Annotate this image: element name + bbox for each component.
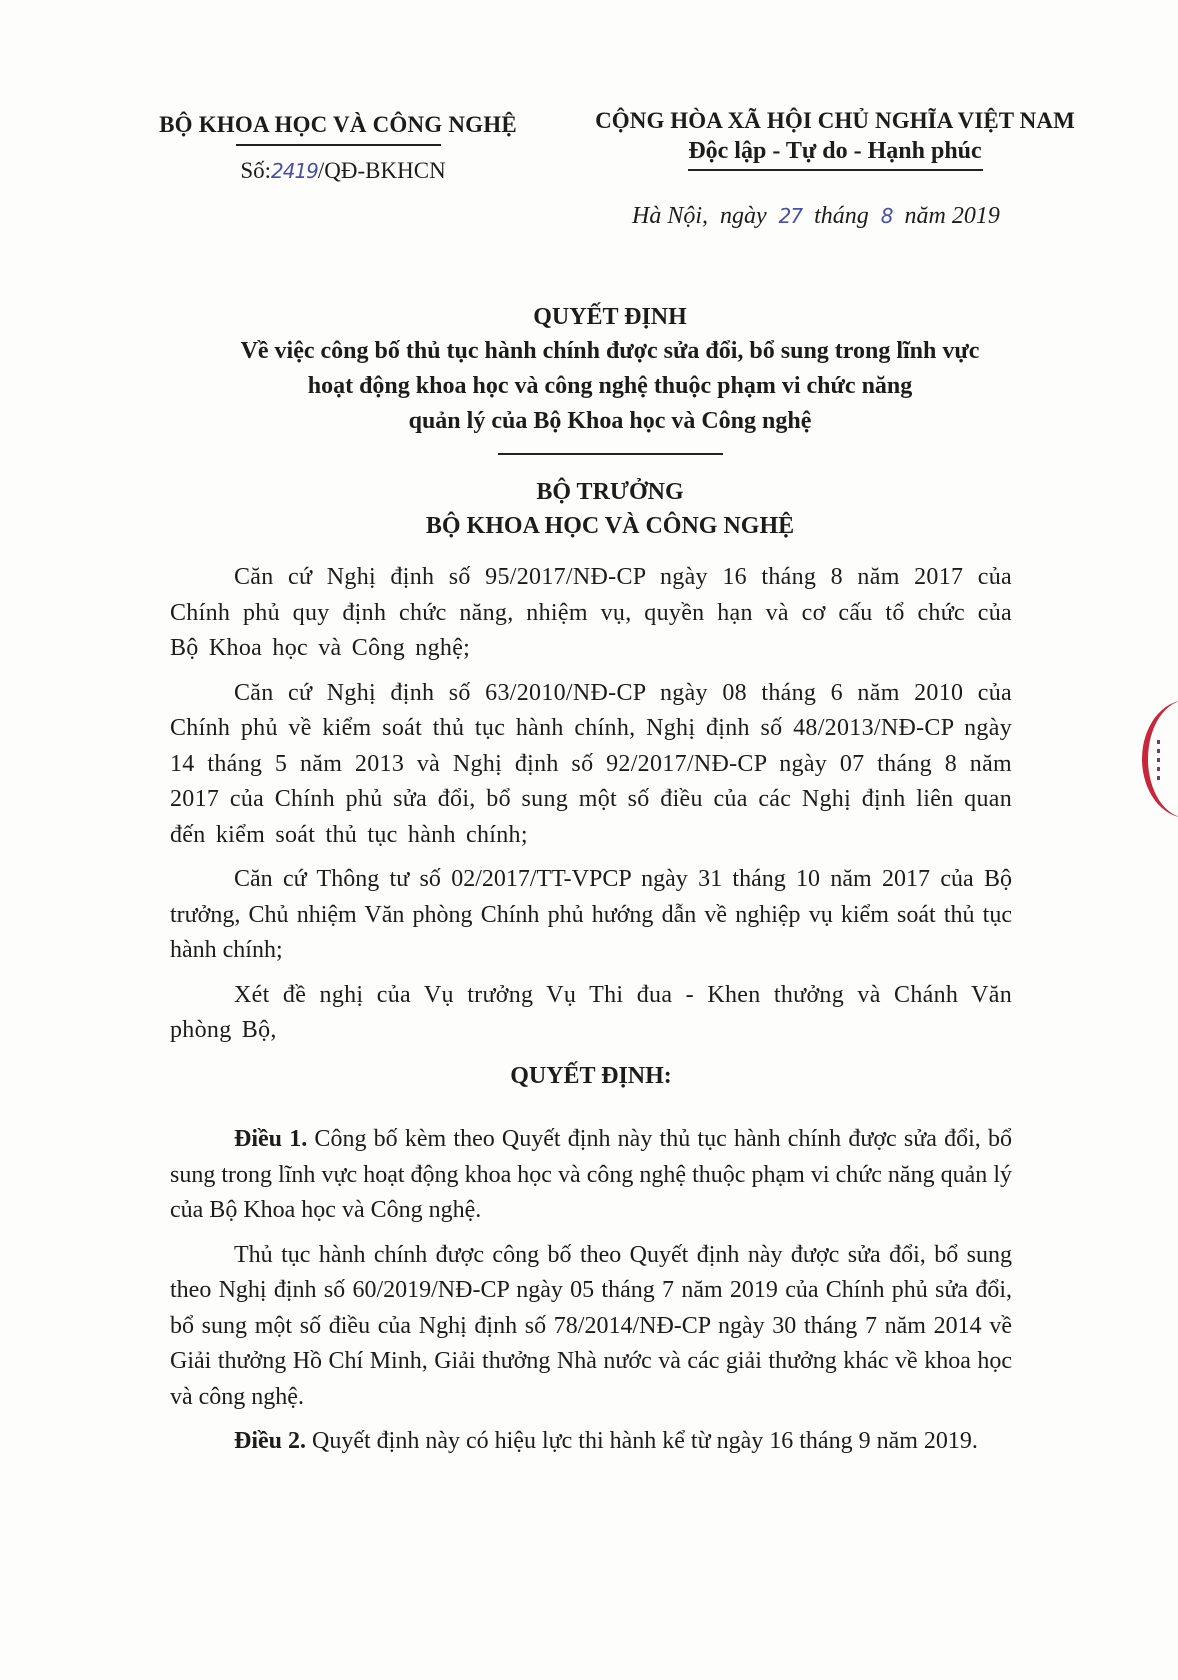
agency-name: BỘ KHOA HỌC VÀ CÔNG NGHỆ (128, 112, 548, 138)
subject-line: Về việc công bố thủ tục hành chính được … (120, 334, 1100, 369)
authority-title: BỘ TRƯỞNG (120, 475, 1100, 509)
article-2: Điều 2. Quyết định này có hiệu lực thi h… (170, 1424, 1012, 1460)
agency-underline (236, 144, 441, 146)
article-text: Quyết định này có hiệu lực thi hành kể t… (306, 1428, 978, 1454)
place-and-date: Hà Nội, ngày 27 tháng 8 năm 2019 (632, 203, 1006, 230)
document-body: Căn cứ Nghị định số 95/2017/NĐ-CP ngày 1… (170, 560, 1012, 1469)
article-text: Thủ tục hành chính được công bố theo Quy… (170, 1242, 1012, 1410)
day-label: ngày (720, 203, 767, 229)
article-label: Điều 2. (234, 1428, 306, 1454)
decision-heading: QUYẾT ĐỊNH: (170, 1059, 1012, 1095)
motto-underline (688, 169, 983, 171)
national-motto: Độc lập - Tự do - Hạnh phúc (560, 138, 1110, 165)
month-handwritten: 8 (881, 204, 893, 228)
subject-line: quản lý của Bộ Khoa học và Công nghệ (120, 404, 1100, 439)
year-label: năm 2019 (905, 203, 1000, 229)
doc-number-handwritten: 2419 (271, 159, 318, 183)
authority-ministry: BỘ KHOA HỌC VÀ CÔNG NGHỆ (120, 509, 1100, 543)
republic-name: CỘNG HÒA XÃ HỘI CHỦ NGHĨA VIỆT NAM (560, 108, 1110, 134)
title-block: QUYẾT ĐỊNH Về việc công bố thủ tục hành … (120, 300, 1100, 543)
document-page: BỘ KHOA HỌC VÀ CÔNG NGHỆ Số:2419/QĐ-BKHC… (0, 0, 1178, 1680)
seal-dots (1157, 740, 1160, 780)
preamble-paragraph: Căn cứ Nghị định số 95/2017/NĐ-CP ngày 1… (170, 560, 1012, 667)
doc-number-suffix: /QĐ-BKHCN (318, 158, 446, 183)
document-number: Số:2419/QĐ-BKHCN (128, 158, 548, 184)
issuing-agency-block: BỘ KHOA HỌC VÀ CÔNG NGHỆ Số:2419/QĐ-BKHC… (128, 112, 548, 184)
place: Hà Nội, (632, 203, 708, 229)
seal-arc (1142, 700, 1178, 818)
article-1: Điều 1. Công bố kèm theo Quyết định này … (170, 1122, 1012, 1229)
title-underline (498, 453, 723, 455)
authority-block: BỘ TRƯỞNG BỘ KHOA HỌC VÀ CÔNG NGHỆ (120, 475, 1100, 543)
article-label: Điều 1. (234, 1126, 307, 1152)
national-header-block: CỘNG HÒA XÃ HỘI CHỦ NGHĨA VIỆT NAM Độc l… (560, 108, 1110, 171)
day-handwritten: 27 (779, 204, 802, 228)
subject-line: hoạt động khoa học và công nghệ thuộc ph… (120, 369, 1100, 404)
month-label: tháng (814, 203, 869, 229)
seal-stamp-icon (1138, 700, 1178, 820)
decision-title: QUYẾT ĐỊNH (120, 300, 1100, 334)
preamble-paragraph: Căn cứ Thông tư số 02/2017/TT-VPCP ngày … (170, 862, 1012, 969)
doc-number-prefix: Số: (240, 158, 271, 183)
preamble-paragraph: Xét đề nghị của Vụ trưởng Vụ Thi đua - K… (170, 978, 1012, 1049)
article-1-note: Thủ tục hành chính được công bố theo Quy… (170, 1238, 1012, 1416)
preamble-paragraph: Căn cứ Nghị định số 63/2010/NĐ-CP ngày 0… (170, 676, 1012, 854)
